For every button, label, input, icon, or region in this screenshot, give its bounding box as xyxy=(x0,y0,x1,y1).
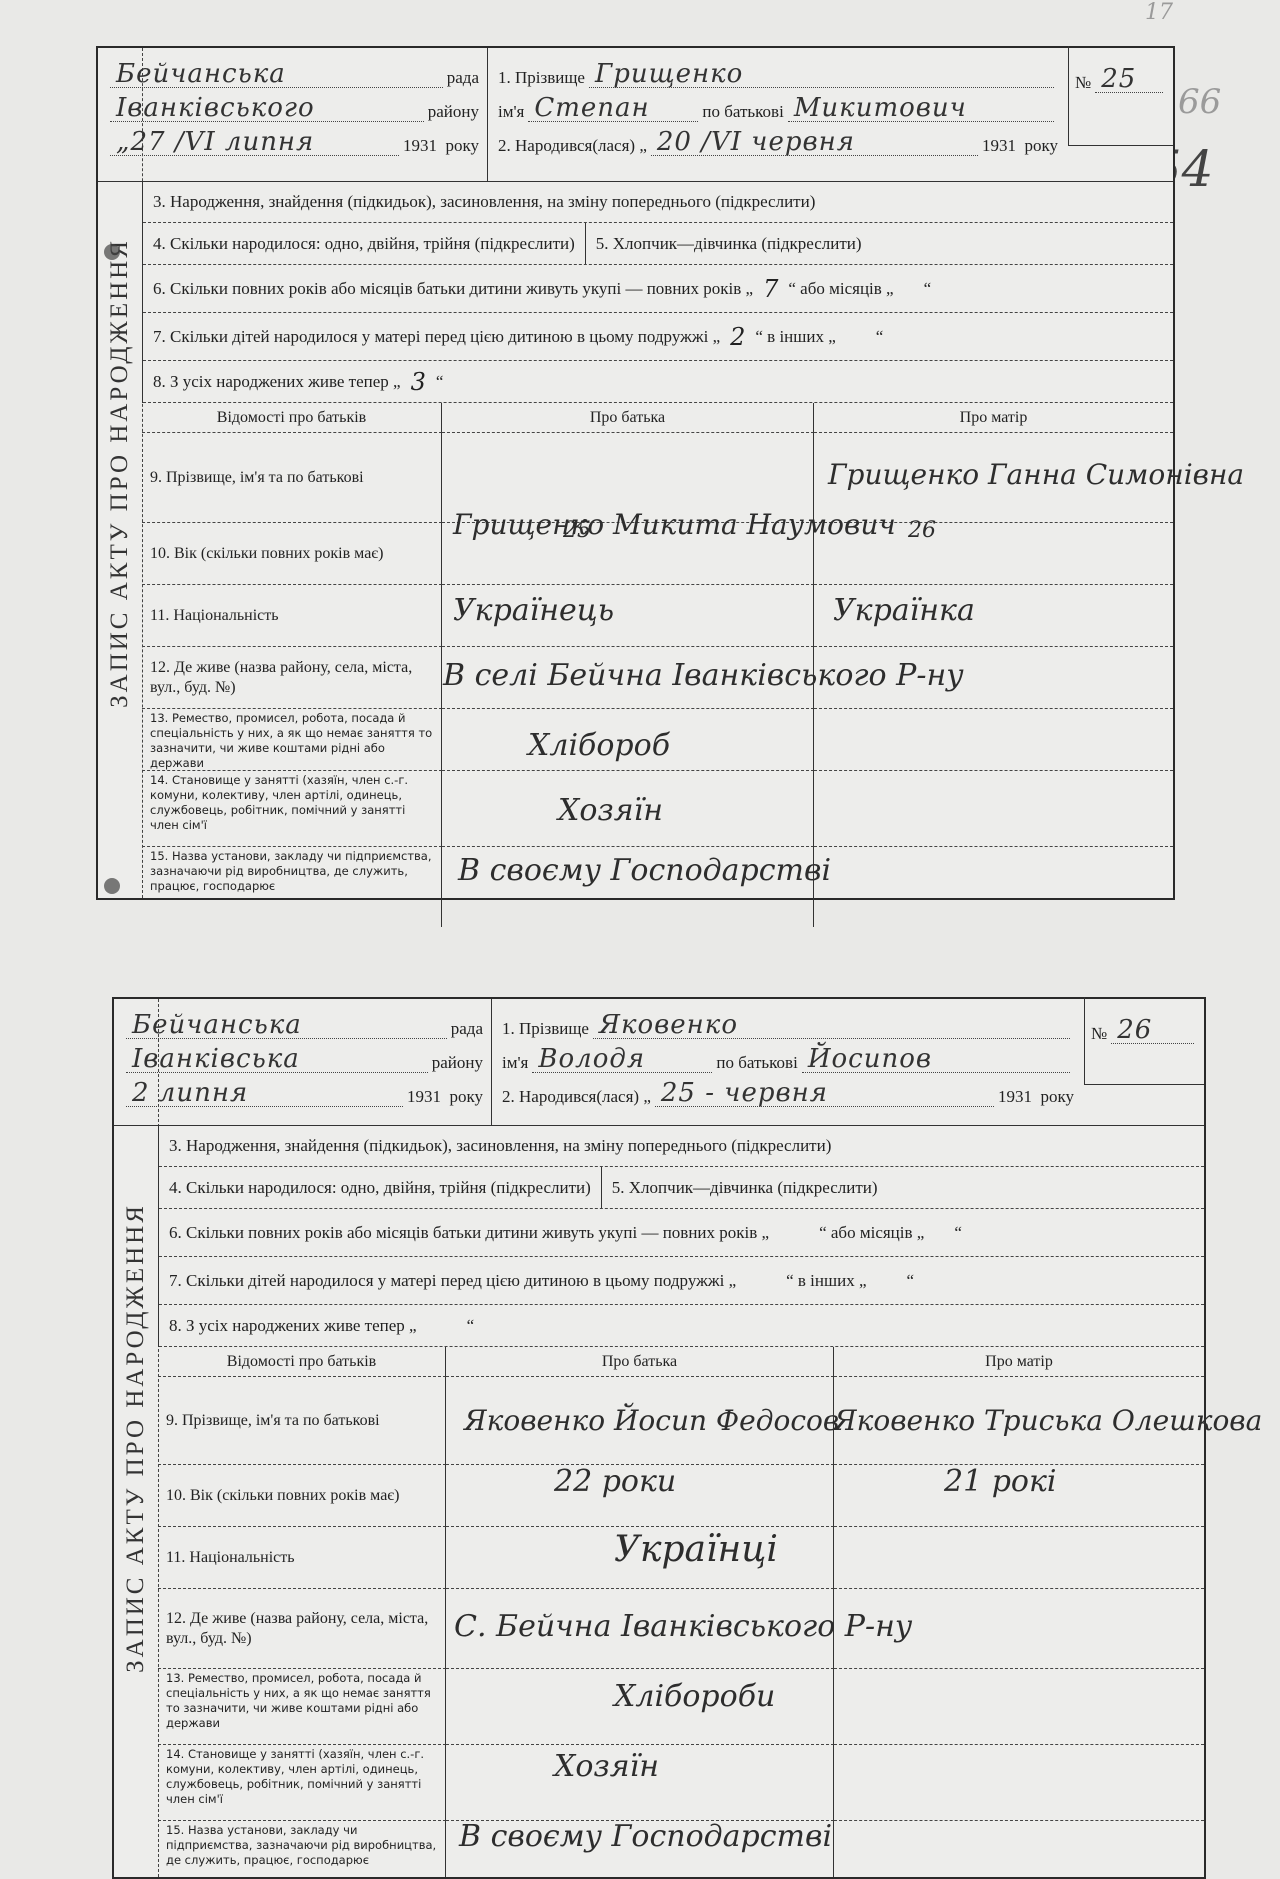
side-label-strip: ЗАПИС АКТУ ПРО НАРОДЖЕННЯ xyxy=(114,999,159,1877)
q4-label: 4. Скільки народилося: одно, двійня, трі… xyxy=(169,1178,591,1198)
roku-label: року xyxy=(445,136,479,156)
mother-workplace-cell xyxy=(834,1821,1204,1877)
child-name: Володя xyxy=(538,1044,645,1074)
q7-other-label: “ в інших „ xyxy=(786,1271,866,1291)
number-label: № xyxy=(1075,73,1091,93)
q6-row: 6. Скільки повних років або місяців бать… xyxy=(143,265,1173,313)
row-label-age: 10. Вік (скільки повних років має) xyxy=(158,1465,446,1527)
mother-status-cell xyxy=(834,1745,1204,1821)
table-header: Про батька xyxy=(446,1347,834,1377)
q7-label: 7. Скільки дітей народилося у матері пер… xyxy=(153,327,720,347)
row-label-nationality: 11. Національність xyxy=(142,585,442,647)
questions-block: 3. Народження, знайдення (підкидьок), за… xyxy=(158,1125,1204,1347)
mother-age: 21 рокі xyxy=(944,1464,1057,1499)
row-label-age: 10. Вік (скільки повних років має) xyxy=(142,523,442,585)
row-label-occupation: 13. Ремество, промисел, робота, посада й… xyxy=(158,1669,446,1745)
binder-hole xyxy=(104,244,120,260)
table-header: Відомості про батьків xyxy=(158,1347,446,1377)
row-label-status: 14. Становище у занятті (хазяїн, член с.… xyxy=(142,771,442,847)
children-before: 2 xyxy=(730,323,745,351)
mother-age: 26 xyxy=(908,518,936,543)
record-number: 25 xyxy=(1101,64,1136,94)
rada-label: рада xyxy=(447,68,479,88)
roku-label: року xyxy=(1040,1087,1074,1107)
workplace: В своєму Господарстві xyxy=(459,1819,832,1854)
q6-months-label: “ або місяців „ xyxy=(788,279,893,299)
roku-label: року xyxy=(1024,136,1058,156)
raion-label: району xyxy=(428,102,479,122)
father-full-name: Яковенко Йосип Федосов xyxy=(464,1404,839,1437)
born-label: 2. Народився(лася) „ xyxy=(498,136,647,156)
questions-block: 3. Народження, знайдення (підкидьок), за… xyxy=(142,181,1173,403)
q7-other-label: “ в інших „ xyxy=(755,327,835,347)
child-block: 1. ПрізвищеЯковенко ім'яВолодяпо батьков… xyxy=(492,999,1084,1125)
birth-record-form: ЗАПИС АКТУ ПРО НАРОДЖЕННЯ Бейчанськарада… xyxy=(96,46,1175,900)
surname-label: 1. Прізвище xyxy=(498,68,585,88)
mother-nationality-cell xyxy=(834,1527,1204,1589)
raion-value: Іванківського xyxy=(116,93,315,123)
residence: В селі Бейчна Іванківського Р-ну xyxy=(443,658,964,693)
table-header: Про матір xyxy=(834,1347,1204,1377)
archive-number-mark: 66 xyxy=(1178,82,1221,122)
q4-label: 4. Скільки народилося: одно, двійня, трі… xyxy=(153,234,575,254)
occupation-status: Хозяїн xyxy=(558,793,663,828)
residence: С. Бейчна Іванківського Р-ну xyxy=(454,1609,912,1644)
table-header: Про матір xyxy=(814,403,1173,433)
q3-row: 3. Народження, знайдення (підкидьок), за… xyxy=(159,1125,1204,1167)
occupation: Хлібороби xyxy=(614,1679,775,1714)
row-label-residence: 12. Де живе (назва району, села, міста, … xyxy=(142,647,442,709)
q6-end: “ xyxy=(954,1223,962,1243)
q3-label: 3. Народження, знайдення (підкидьок), за… xyxy=(169,1136,831,1156)
q5-label: 5. Хлопчик—дівчинка (підкреслити) xyxy=(612,1178,878,1198)
divider xyxy=(585,223,586,264)
father-nationality: Українці xyxy=(614,1529,778,1570)
row-label-residence: 12. Де живе (назва району, села, міста, … xyxy=(158,1589,446,1669)
child-name: Степан xyxy=(534,93,649,123)
child-surname: Грищенко xyxy=(595,59,743,89)
birth-year: 1 xyxy=(1007,136,1016,156)
q4-q5-row: 4. Скільки народилося: одно, двійня, трі… xyxy=(159,1167,1204,1209)
mother-full-name: Грищенко Ганна Симонівна xyxy=(828,458,1244,491)
roku-label: року xyxy=(449,1087,483,1107)
child-patronymic: Йосипов xyxy=(808,1044,932,1074)
workplace: В своєму Господарстві xyxy=(458,853,831,888)
record-number: 26 xyxy=(1117,1015,1152,1045)
patronymic-label: по батькові xyxy=(702,102,783,122)
row-label-workplace: 15. Назва установи, закладу чи підприємс… xyxy=(158,1821,446,1877)
table-header: Про батька xyxy=(442,403,814,433)
row-label-occupation: 13. Ремество, промисел, робота, посада й… xyxy=(142,709,442,771)
father-full-name: Грищенко Микита Наумович xyxy=(453,508,896,541)
q7-end: “ xyxy=(876,327,884,347)
q8-row: 8. З усіх народжених живе тепер „3“ xyxy=(143,361,1173,403)
rada-value: Бейчанська xyxy=(132,1010,302,1040)
rada-value: Бейчанська xyxy=(116,59,286,89)
birth-date: 20 /VI червня xyxy=(657,127,855,157)
year-prefix: 193 xyxy=(403,136,429,156)
binder-hole xyxy=(104,878,120,894)
record-number-box: №25 xyxy=(1068,46,1173,146)
raion-value: Іванківська xyxy=(132,1044,300,1074)
birth-date: 25 - червня xyxy=(661,1078,828,1108)
row-label-name: 9. Прізвище, ім'я та по батькові xyxy=(142,433,442,523)
years-together: 7 xyxy=(763,275,778,303)
record-header: Бейчанськарада Іванківськогорайону „27 /… xyxy=(98,48,1173,182)
record-header: Бейчанськарада Іванківськарайону 2 липня… xyxy=(114,999,1204,1126)
occupation: Хлібороб xyxy=(528,728,670,763)
raion-label: району xyxy=(432,1053,483,1073)
number-label: № xyxy=(1091,1024,1107,1044)
q8-row: 8. З усіх народжених живе тепер „“ xyxy=(159,1305,1204,1347)
year-prefix: 193 xyxy=(407,1087,433,1107)
registration-year: 1 xyxy=(432,1087,441,1107)
q6-label: 6. Скільки повних років або місяців бать… xyxy=(153,279,753,299)
q8-label: 8. З усіх народжених живе тепер „ xyxy=(169,1316,417,1336)
row-label-name: 9. Прізвище, ім'я та по батькові xyxy=(158,1377,446,1465)
q8-label: 8. З усіх народжених живе тепер „ xyxy=(153,372,401,392)
row-label-status: 14. Становище у занятті (хазяїн, член с.… xyxy=(158,1745,446,1821)
mother-workplace-cell xyxy=(814,847,1173,927)
name-label: ім'я xyxy=(502,1053,528,1073)
surname-label: 1. Прізвище xyxy=(502,1019,589,1039)
q6-row: 6. Скільки повних років або місяців бать… xyxy=(159,1209,1204,1257)
side-label: ЗАПИС АКТУ ПРО НАРОДЖЕННЯ xyxy=(106,238,134,708)
father-age: 25 xyxy=(563,518,591,543)
child-patronymic: Микитович xyxy=(794,93,967,123)
birth-record-form: ЗАПИС АКТУ ПРО НАРОДЖЕННЯ Бейчанськарада… xyxy=(112,997,1206,1879)
archive-page-mark: 17 xyxy=(1145,0,1173,25)
q4-q5-row: 4. Скільки народилося: одно, двійня, трі… xyxy=(143,223,1173,265)
q7-row: 7. Скільки дітей народилося у матері пер… xyxy=(143,313,1173,361)
side-label: ЗАПИС АКТУ ПРО НАРОДЖЕННЯ xyxy=(122,1203,150,1673)
child-surname: Яковенко xyxy=(599,1010,738,1040)
registration-date: 2 липня xyxy=(132,1078,248,1108)
patronymic-label: по батькові xyxy=(716,1053,797,1073)
registration-date: „27 /VI липня xyxy=(116,127,314,157)
q8-end: “ xyxy=(467,1316,475,1336)
q6-months-label: “ або місяців „ xyxy=(819,1223,924,1243)
q3-label: 3. Народження, знайдення (підкидьок), за… xyxy=(153,192,815,212)
father-age: 22 роки xyxy=(554,1464,676,1499)
row-label-nationality: 11. Національність xyxy=(158,1527,446,1589)
record-number-box: №26 xyxy=(1084,997,1204,1085)
mother-occupation-cell xyxy=(834,1669,1204,1745)
row-label-workplace: 15. Назва установи, закладу чи підприємс… xyxy=(142,847,442,927)
mother-full-name: Яковенко Триська Олешкова xyxy=(834,1404,1262,1437)
divider xyxy=(601,1167,602,1208)
registration-year: 1 xyxy=(428,136,437,156)
child-block: 1. ПрізвищеГрищенко ім'яСтепанпо батьков… xyxy=(488,48,1068,181)
mother-nationality: Українка xyxy=(833,593,975,628)
q8-end: “ xyxy=(436,372,444,392)
mother-occupation-cell xyxy=(814,709,1173,771)
q6-end: “ xyxy=(924,279,932,299)
born-label: 2. Народився(лася) „ xyxy=(502,1087,651,1107)
q5-label: 5. Хлопчик—дівчинка (підкреслити) xyxy=(596,234,862,254)
table-header: Відомості про батьків xyxy=(142,403,442,433)
q7-label: 7. Скільки дітей народилося у матері пер… xyxy=(169,1271,736,1291)
year-prefix: 193 xyxy=(982,136,1008,156)
living-now: 3 xyxy=(411,368,426,396)
registration-block: Бейчанськарада Іванківськогорайону „27 /… xyxy=(98,48,488,181)
occupation-status: Хозяїн xyxy=(554,1749,659,1784)
birth-year: 1 xyxy=(1023,1087,1032,1107)
registration-block: Бейчанськарада Іванківськарайону 2 липня… xyxy=(114,999,492,1125)
mother-status-cell xyxy=(814,771,1173,847)
year-prefix: 193 xyxy=(998,1087,1024,1107)
rada-label: рада xyxy=(451,1019,483,1039)
father-nationality: Українець xyxy=(453,593,614,628)
q3-row: 3. Народження, знайдення (підкидьок), за… xyxy=(143,181,1173,223)
name-label: ім'я xyxy=(498,102,524,122)
q7-row: 7. Скільки дітей народилося у матері пер… xyxy=(159,1257,1204,1305)
q7-end: “ xyxy=(907,1271,915,1291)
q6-label: 6. Скільки повних років або місяців бать… xyxy=(169,1223,769,1243)
